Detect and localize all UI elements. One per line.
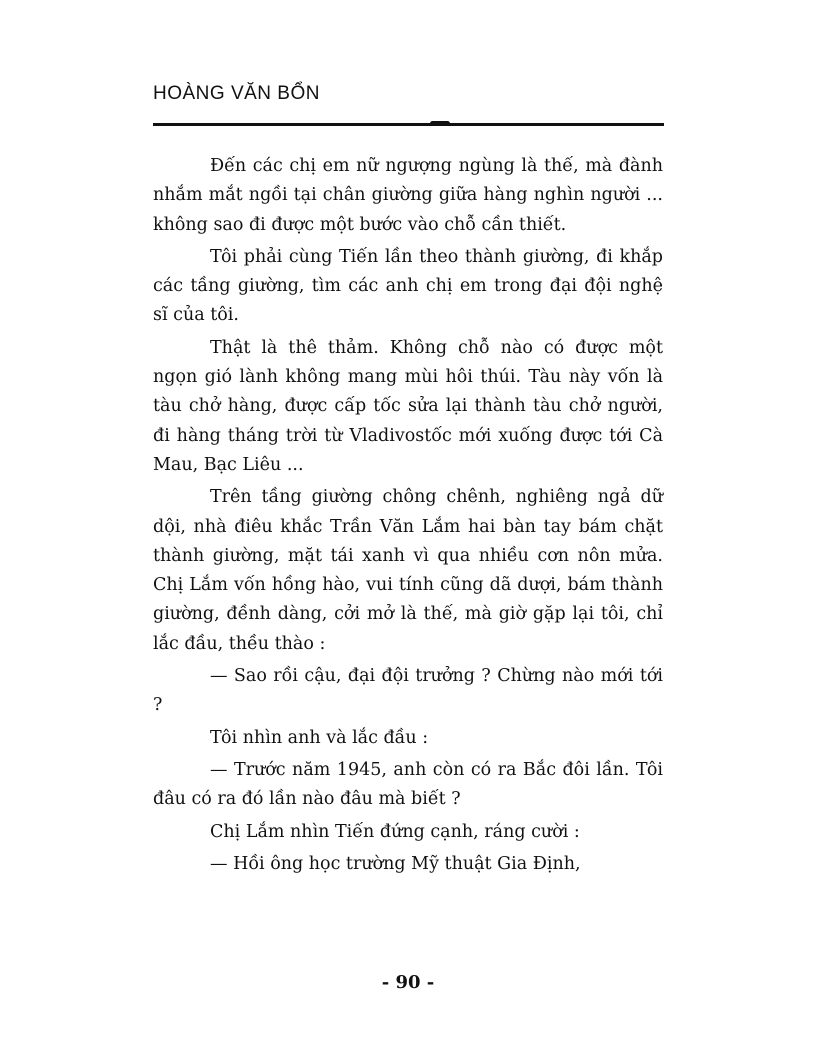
paragraph: Tôi nhìn anh và lắc đầu : <box>153 724 663 753</box>
paragraph: Trên tầng giường chông chênh, nghiêng ng… <box>153 483 663 659</box>
paragraph: Đến các chị em nữ ngượng ngùng là thế, m… <box>153 152 663 240</box>
paragraph: Chị Lắm nhìn Tiến đứng cạnh, ráng cười : <box>153 818 663 847</box>
dialogue-line: — Hồi ông học trường Mỹ thuật Gia Định, <box>153 850 663 879</box>
page-number: - 90 - <box>0 972 816 993</box>
paragraph: Tôi phải cùng Tiến lần theo thành giường… <box>153 243 663 331</box>
header-rule <box>153 123 664 126</box>
running-header: HOÀNG VĂN BỔN <box>153 83 320 105</box>
header-rule-ornament <box>430 121 450 126</box>
dialogue-line: — Trước năm 1945, anh còn có ra Bắc đôi … <box>153 756 663 815</box>
body-text: Đến các chị em nữ ngượng ngùng là thế, m… <box>153 152 663 879</box>
dialogue-line: — Sao rồi cậu, đại đội trưởng ? Chừng nà… <box>153 662 663 721</box>
paragraph: Thật là thê thảm. Không chỗ nào có được … <box>153 334 663 480</box>
